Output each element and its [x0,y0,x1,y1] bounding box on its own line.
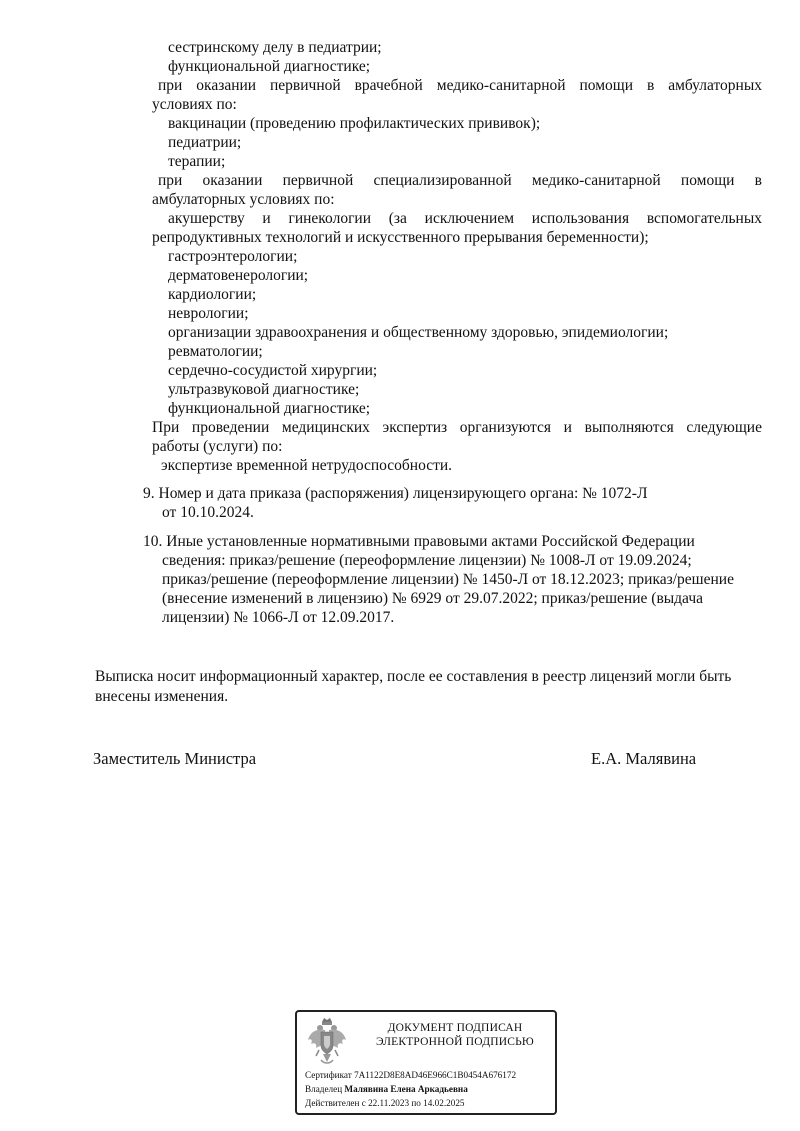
list-item: гастроэнтерологии; [168,247,297,266]
disclaimer-line1: Выписка носит информационный характер, п… [95,667,731,686]
section-10-line1: 10. Иные установленные нормативными прав… [143,532,695,551]
list-item: дерматовенерологии; [168,266,308,285]
section-10-line5: лицензии) № 1066-Л от 12.09.2017. [162,608,394,627]
coat-of-arms-icon [305,1016,349,1068]
section-10-line2: сведения: приказ/решение (переоформление… [162,551,692,570]
certificate-value: 7A1122D8E8AD46E966C1B0454A676172 [354,1070,516,1080]
section-10-line4: (внесение изменений в лицензию) № 6929 о… [162,589,703,608]
section-heading-continued: работы (услуги) по: [152,437,282,456]
section-9-line2: от 10.10.2024. [162,503,254,522]
disclaimer-line2: внесены изменения. [95,687,228,706]
stamp-title-line1: ДОКУМЕНТ ПОДПИСАН [357,1021,553,1035]
section-10-line3: приказ/решение (переоформление лицензии)… [162,570,734,589]
list-item-continued: репродуктивных технологий и искусственно… [152,228,649,247]
list-item: организации здравоохранения и общественн… [168,323,668,342]
section-heading: при оказании первичной врачебной медико-… [158,76,762,95]
section-heading: при оказании первичной специализированно… [158,171,762,190]
list-item: функциональной диагностике; [168,399,370,418]
section-heading-continued: условиях по: [152,95,237,114]
signatory-position: Заместитель Министра [93,749,256,768]
validity-line: Действителен с 22.11.2023 по 14.02.2025 [305,1097,465,1109]
signatory-name: Е.А. Малявина [591,749,696,768]
list-item: вакцинации (проведению профилактических … [168,114,540,133]
section-heading-continued: амбулаторных условиях по: [152,190,335,209]
certificate-label: Сертификат [305,1070,352,1080]
list-item: педиатрии; [168,133,241,152]
list-item: терапии; [168,152,225,171]
owner-value: Малявина Елена Аркадьевна [344,1084,467,1094]
section-heading: При проведении медицинских экспертиз орг… [152,418,762,437]
electronic-signature-stamp: ДОКУМЕНТ ПОДПИСАН ЭЛЕКТРОННОЙ ПОДПИСЬЮ С… [295,1010,557,1115]
list-item: функциональной диагностике; [168,57,370,76]
list-item: экспертизе временной нетрудоспособности. [161,456,452,475]
list-item: кардиологии; [168,285,256,304]
stamp-title-line2: ЭЛЕКТРОННОЙ ПОДПИСЬЮ [357,1035,553,1049]
section-9-line1: 9. Номер и дата приказа (распоряжения) л… [143,484,647,503]
certificate-line: Сертификат 7A1122D8E8AD46E966C1B0454A676… [305,1069,516,1081]
list-item: сердечно-сосудистой хирургии; [168,361,377,380]
list-item: ревматологии; [168,342,263,361]
owner-line: Владелец Малявина Елена Аркадьевна [305,1083,468,1095]
list-item: ультразвуковой диагностике; [168,380,359,399]
owner-label: Владелец [305,1084,342,1094]
list-item: сестринскому делу в педиатрии; [168,38,382,57]
stamp-title: ДОКУМЕНТ ПОДПИСАН ЭЛЕКТРОННОЙ ПОДПИСЬЮ [357,1021,553,1049]
list-item: неврологии; [168,304,249,323]
list-item: акушерству и гинекологии (за исключением… [168,209,762,228]
